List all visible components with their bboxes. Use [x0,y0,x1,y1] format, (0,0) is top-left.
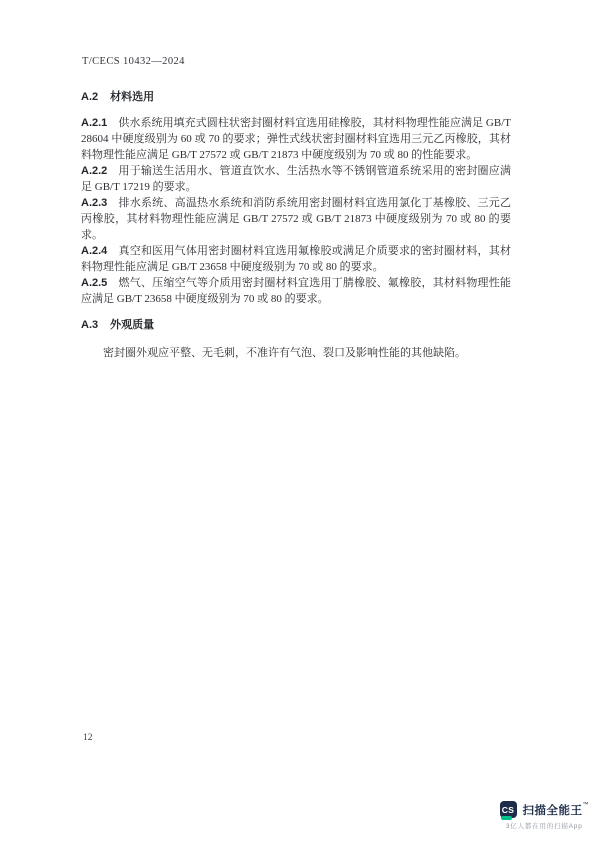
clause-a2-5: A.2.5燃气、压缩空气等介质用密封圈材料宜选用丁腈橡胶、氟橡胶，其材料物理性能… [81,275,511,307]
clause-text-a2-1: 供水系统用填充式圆柱状密封圈材料宜选用硅橡胶，其材料物理性能应满足 GB/T 2… [81,117,511,161]
camscanner-app-name: 扫描全能王™ [523,802,590,818]
page-number: 12 [83,733,93,743]
clause-a2-2: A.2.2用于输送生活用水、管道直饮水、生活热水等不锈钢管道系统采用的密封圈应满… [81,163,511,195]
camscanner-tagline: 3亿人都在用的扫描App [500,821,590,830]
paragraph-a3-appearance: 密封圈外观应平整、无毛刺，不准许有气泡、裂口及影响性能的其他缺陷。 [81,345,511,361]
clause-label-a2-4: A.2.4 [81,245,107,257]
page-content: A.2材料选用 A.2.1供水系统用填充式圆柱状密封圈材料宜选用硅橡胶，其材料物… [81,89,511,361]
running-head-standard-number: T/CECS 10432—2024 [82,56,185,67]
green-swoosh-accent [501,816,512,820]
section-title-a3: 外观质量 [110,319,154,331]
section-heading-a3: A.3外观质量 [81,317,511,333]
clause-text-a2-3: 排水系统、高温热水系统和消防系统用密封圈材料宜选用氯化丁基橡胶、三元乙丙橡胶，其… [81,197,511,241]
section-heading-a2: A.2材料选用 [81,89,511,105]
clause-label-a2-1: A.2.1 [81,117,107,129]
cs-icon-letters: CS [502,805,514,815]
section-number-a2: A.2 [81,91,98,103]
clause-label-a2-5: A.2.5 [81,277,107,289]
clause-text-a2-2: 用于输送生活用水、管道直饮水、生活热水等不锈钢管道系统采用的密封圈应满足 GB/… [81,165,511,193]
camscanner-logo-row: CS 扫描全能王™ [500,801,590,818]
app-name-text: 扫描全能王 [523,805,583,817]
camscanner-watermark: CS 扫描全能王™ 3亿人都在用的扫描App [500,801,590,830]
clause-text-a2-5: 燃气、压缩空气等介质用密封圈材料宜选用丁腈橡胶、氟橡胶，其材料物理性能应满足 G… [81,277,511,305]
section-number-a3: A.3 [81,319,98,331]
clause-a2-1: A.2.1供水系统用填充式圆柱状密封圈材料宜选用硅橡胶，其材料物理性能应满足 G… [81,115,511,163]
document-page: T/CECS 10432—2024 A.2材料选用 A.2.1供水系统用填充式圆… [0,0,595,842]
clause-a2-4: A.2.4真空和医用气体用密封圈材料宜选用氟橡胶或满足介质要求的密封圈材料，其材… [81,243,511,275]
clause-label-a2-2: A.2.2 [81,165,107,177]
clause-a2-3: A.2.3排水系统、高温热水系统和消防系统用密封圈材料宜选用氯化丁基橡胶、三元乙… [81,195,511,243]
clause-label-a2-3: A.2.3 [81,197,107,209]
trademark-symbol: ™ [583,802,590,808]
clause-text-a2-4: 真空和医用气体用密封圈材料宜选用氟橡胶或满足介质要求的密封圈材料，其材料物理性能… [81,245,511,273]
camscanner-cs-icon: CS [500,801,517,818]
section-title-a2: 材料选用 [110,91,154,103]
